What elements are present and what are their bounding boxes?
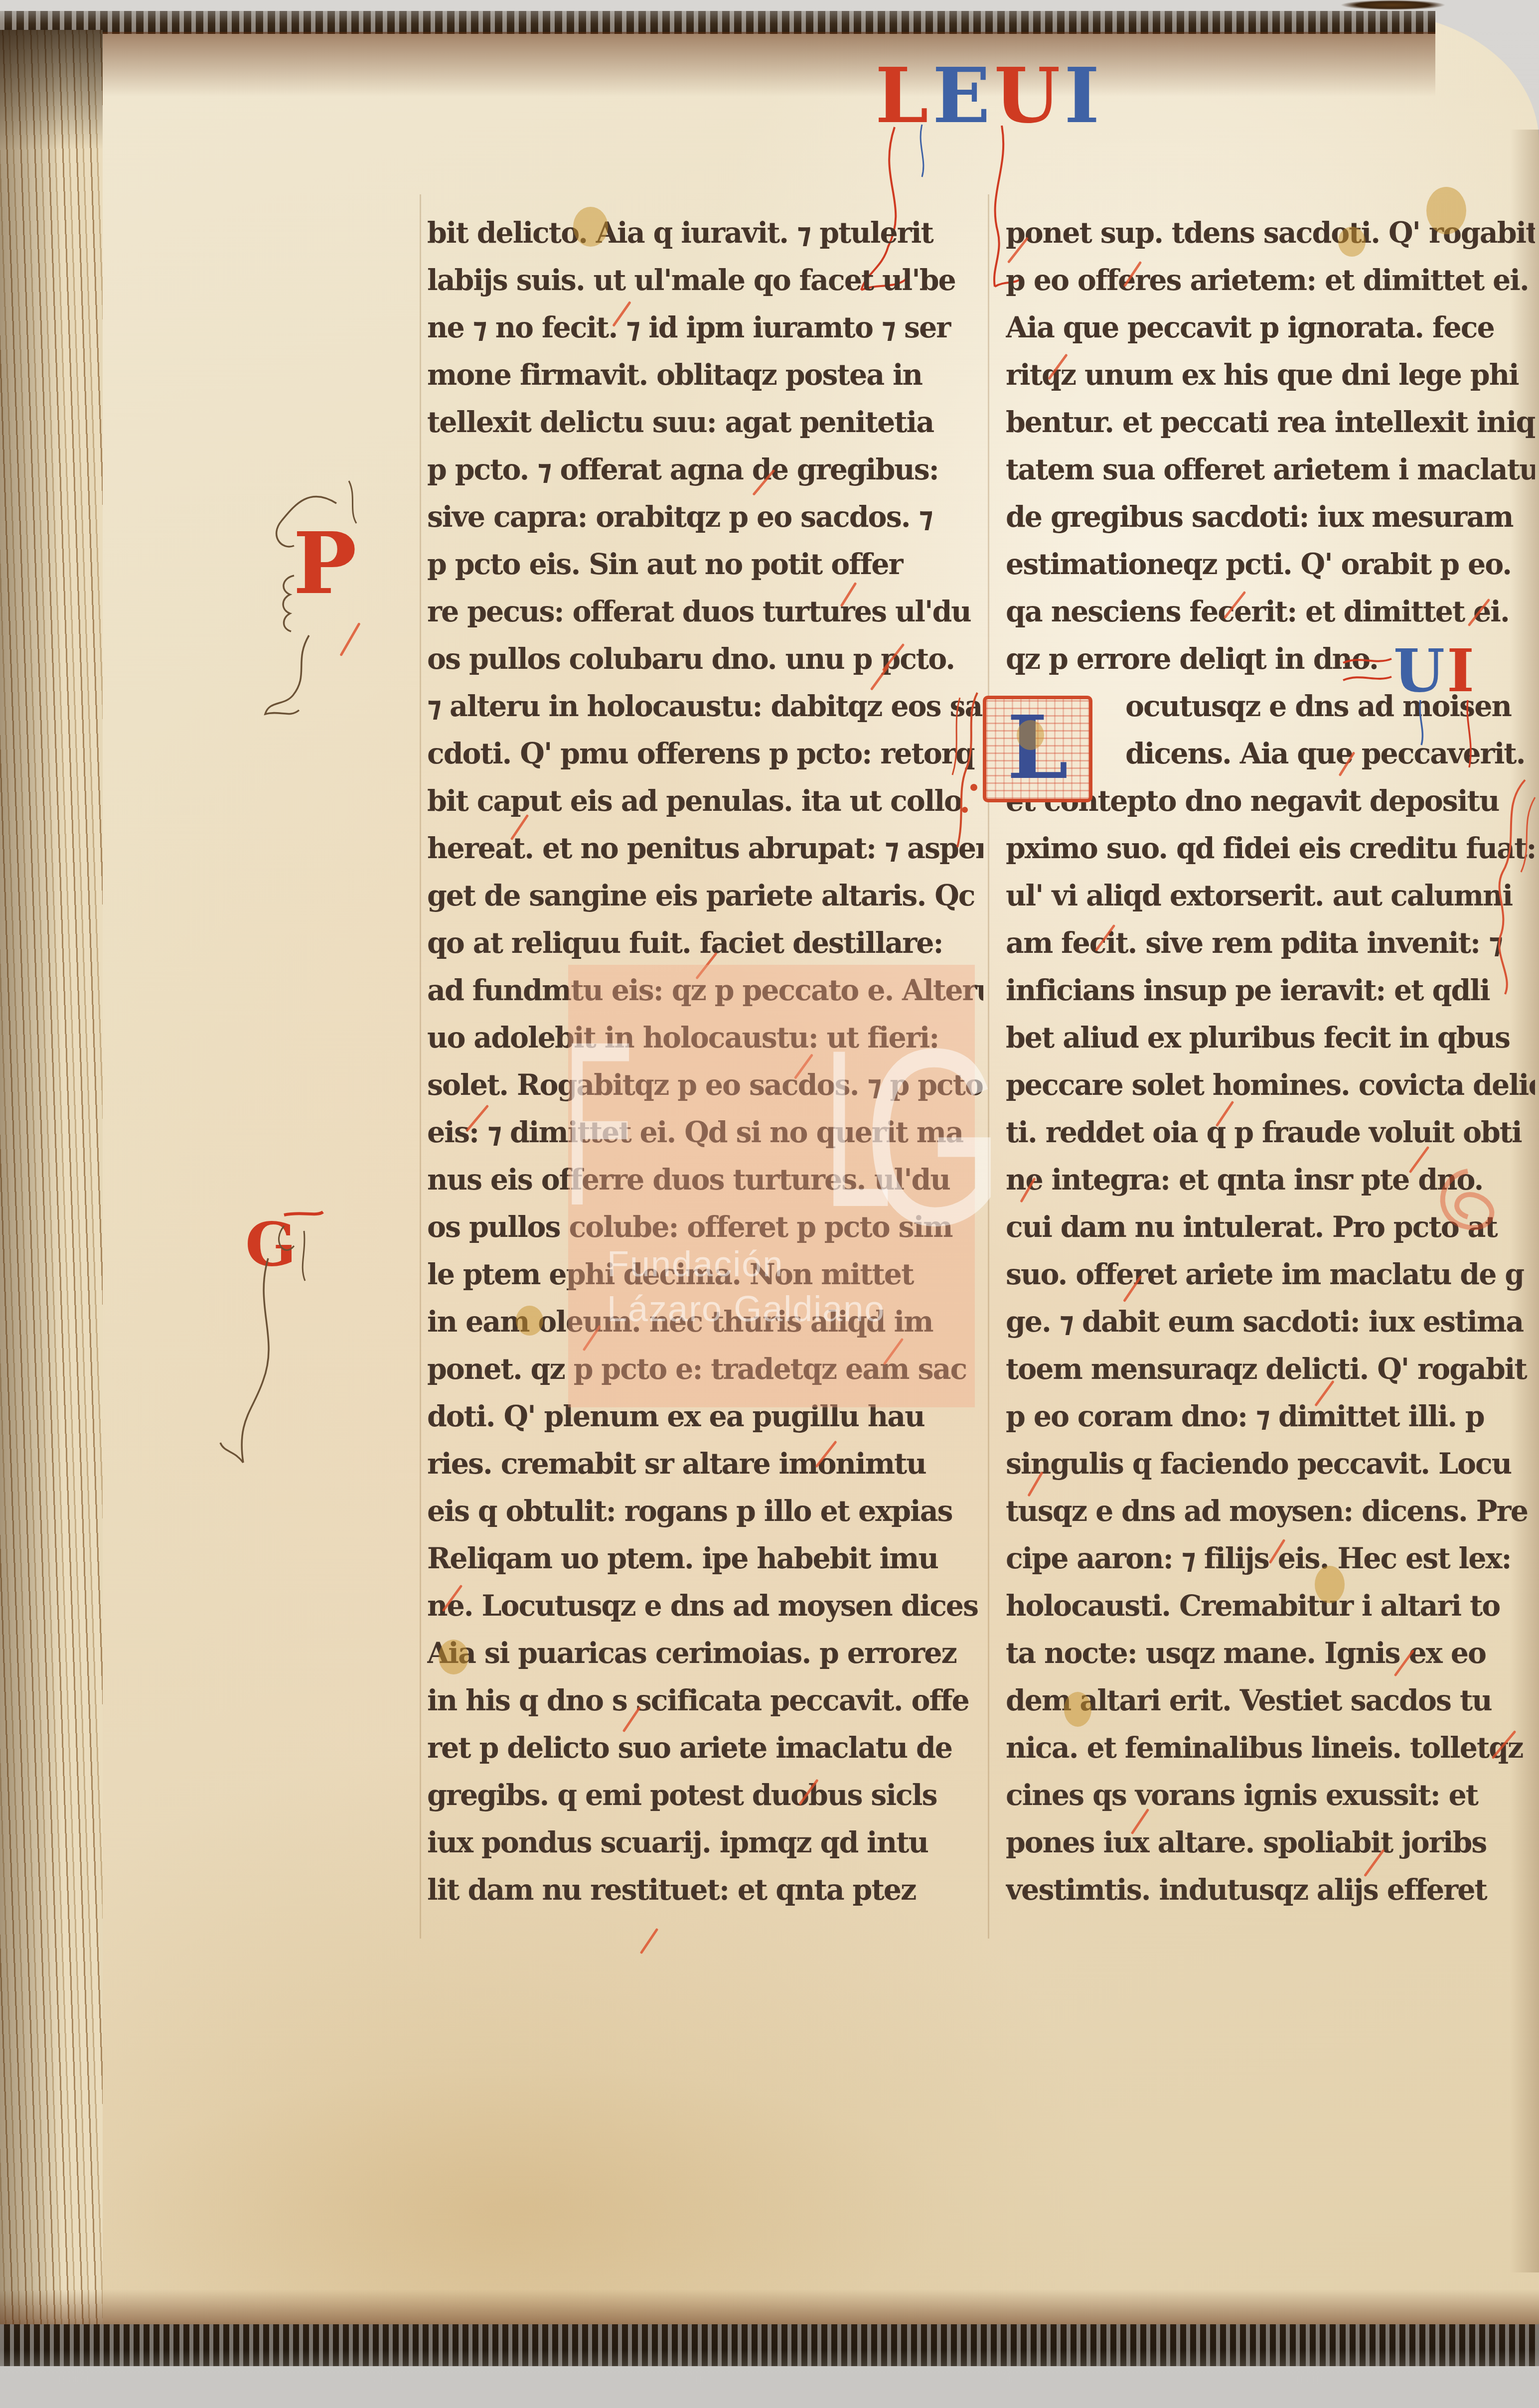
text-line: ul' vi aliqd extorserit. aut calumni (1006, 872, 1535, 919)
text-line: iux pondus scuarij. ipmqz qd intu (427, 1819, 983, 1866)
bottom-edge-scorch (0, 2289, 1539, 2324)
text-line: Aia que peccavit p ignorata. fece (1006, 304, 1535, 351)
text-line: mone firmavit. oblitaqz postea in (427, 351, 983, 399)
text-line: pones iux altare. spoliabit joribs (1006, 1819, 1535, 1866)
text-line: tatem sua offeret arietem i maclatu (1006, 446, 1535, 493)
text-line: am fecit. sive rem pdita invenit: ⁊ (1006, 919, 1535, 967)
book-top-edge (0, 11, 1435, 34)
text-column-right: ponet sup. tdens sacdoti. Q' rogabitp eo… (1006, 209, 1535, 1914)
text-line: estimationeqz pcti. Q' orabit p eo. (1006, 541, 1535, 588)
gold-touch-mark (573, 207, 608, 247)
text-line: ret p delicto suo ariete imaclatu de (427, 1724, 983, 1772)
text-line: ⁊ alteru in holocaustu: dabitqz eos sa (427, 683, 983, 730)
text-line: ge. ⁊ dabit eum sacdoti: iux estima (1006, 1298, 1535, 1346)
text-line: nica. et feminalibus lineis. tolletqz (1006, 1724, 1535, 1772)
text-line: ritqz unum ex his que dni lege phi (1006, 351, 1535, 399)
text-line: eis q obtulit: rogans p illo et expias (427, 1488, 983, 1535)
text-line: labijs suis. ut ul'male qo facet ul'be (427, 257, 983, 304)
text-line: tellexit delictu suu: agat penitetia (427, 399, 983, 446)
text-line: singulis q faciendo peccavit. Locu (1006, 1440, 1535, 1488)
text-line: lit dam nu restituet: et qnta ptez (427, 1866, 983, 1914)
text-line: de gregibus sacdoti: iux mesuram (1006, 493, 1535, 541)
fore-edge-page-stack (0, 30, 103, 2327)
gold-touch-mark (1426, 187, 1466, 234)
text-line: qa nesciens fecerit: et dimittet ei. (1006, 588, 1535, 635)
text-line: tusqz e dns ad moysen: dicens. Pre (1006, 1488, 1535, 1535)
manuscript-photo: LEUI bit delicto. Aia q iuravit. ⁊ ptule… (0, 0, 1539, 2408)
watermark-monogram-letter: G (863, 1012, 1004, 1263)
text-line: Aia si puaricas cerimoias. p errorez (427, 1630, 983, 1677)
text-line: sive capra: orabitqz p eo sacdos. ⁊ (427, 493, 983, 541)
text-line: p pcto. ⁊ offerat agna de gregibus: (427, 446, 983, 493)
text-line: ti. reddet oia q p fraude voluit obti (1006, 1109, 1535, 1156)
text-line: ne ⁊ no fecit. ⁊ id ipm iuramto ⁊ ser (427, 304, 983, 351)
margin-initial-g-penwork-icon (209, 1211, 334, 1500)
text-line: pximo suo. qd fidei eis creditu fuat: (1006, 825, 1535, 872)
margin-initial-p-penwork-icon (234, 476, 379, 725)
gold-touch-mark (1064, 1692, 1091, 1727)
watermark-name-line2: Lázaro Galdiano (607, 1289, 885, 1330)
text-line: toem mensuraqz delicti. Q' rogabit (1006, 1346, 1535, 1393)
column-ruling-line (420, 194, 421, 1939)
text-line: peccare solet homines. covicta delic (1006, 1061, 1535, 1109)
gold-touch-mark (516, 1306, 543, 1336)
text-line: ries. cremabit sr altare imonimtu (427, 1440, 983, 1488)
watermark-monogram-letter: F (562, 1007, 634, 1241)
text-line: inficians insup pe ieravit: et qdli (1006, 967, 1535, 1014)
text-line: holocausti. Cremabitur i altari to (1006, 1582, 1535, 1630)
text-line: os pullos colubaru dno. unu p pcto. (427, 635, 983, 683)
gold-touch-mark (1338, 227, 1366, 257)
text-line: ne. Locutusqz e dns ad moysen dices (427, 1582, 983, 1630)
text-line: bit caput eis ad penulas. ita ut collo (427, 777, 983, 825)
text-line: Reliqam uo ptem. ipe habebit imu (427, 1535, 983, 1582)
book-bottom-edge (0, 2324, 1539, 2366)
fore-edge-scorch (0, 30, 103, 150)
text-line: qo at reliquu fuit. faciet destillare: (427, 919, 983, 967)
text-line: get de sangine eis pariete altaris. Qc (427, 872, 983, 919)
text-line: re pecus: offerat duos turtures ul'du (427, 588, 983, 635)
text-line: bet aliud ex pluribus fecit in qbus (1006, 1014, 1535, 1061)
chapter-number-penwork-icon (1341, 643, 1539, 782)
text-line: bit delicto. Aia q iuravit. ⁊ ptulerit (427, 209, 983, 257)
text-line: cines qs vorans ignis exussit: et (1006, 1772, 1535, 1819)
text-line: bentur. et peccati rea intellexit iniq (1006, 399, 1535, 446)
gold-touch-mark (1315, 1566, 1345, 1603)
text-line: cdoti. Q' pmu offerens p pcto: retorq (427, 730, 983, 777)
text-line: in his q dno s scificata peccavit. offe (427, 1677, 983, 1724)
text-line: gregibs. q emi potest duobus sicls (427, 1772, 983, 1819)
chapter-initial-letter: L (986, 699, 1089, 796)
text-line: ta nocte: usqz mane. Ignis ex eo (1006, 1630, 1535, 1677)
text-line: hereat. et no penitus abrupat: ⁊ asper (427, 825, 983, 872)
chapter-initial-penwork-icon (930, 688, 990, 852)
gold-touch-mark (439, 1640, 468, 1674)
red-pen-trial-icon (1418, 1161, 1513, 1266)
gold-touch-mark (1017, 720, 1044, 750)
right-margin-penwork-icon (1490, 777, 1539, 997)
text-line: p eo offeres arietem: et dimittet ei. (1006, 257, 1535, 304)
text-line: p eo coram dno: ⁊ dimittet illi. p (1006, 1393, 1535, 1440)
watermark-name-line1: Fundación (607, 1244, 783, 1285)
text-line: p pcto eis. Sin aut no potit offer (427, 541, 983, 588)
top-edge-scorch (0, 32, 1435, 97)
chapter-initial-panel: L (983, 696, 1092, 802)
text-line: vestimtis. indutusqz alijs efferet (1006, 1866, 1535, 1914)
